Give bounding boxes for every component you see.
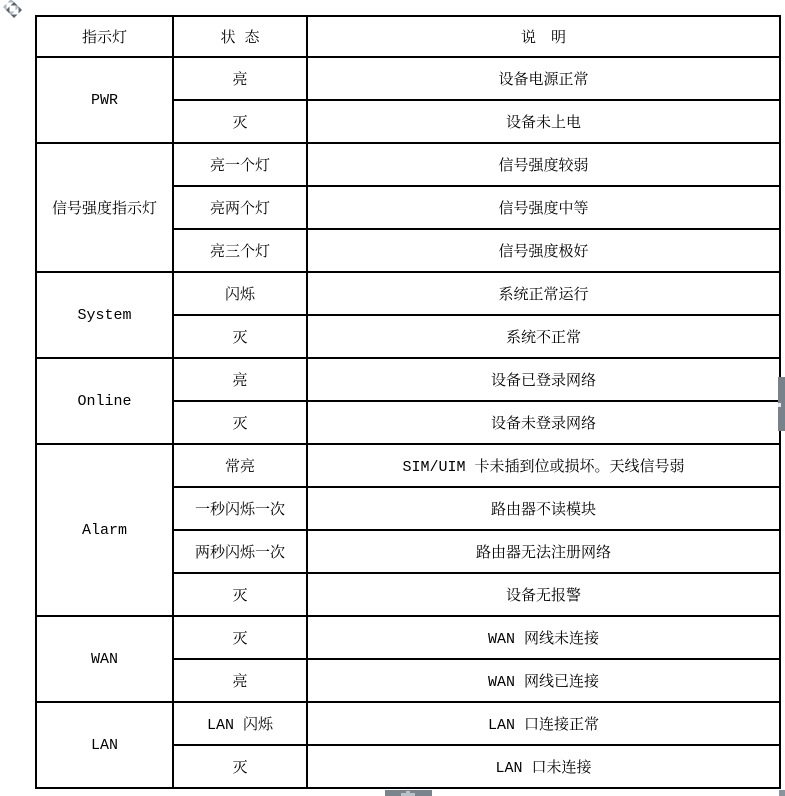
desc-cell[interactable]: 设备已登录网络 <box>307 358 780 401</box>
indicator-status-table: 指示灯 状 态 说 明 PWR 亮 设备电源正常 灭 设备未上电 信号强度指示灯… <box>35 15 781 789</box>
table-row: System 闪烁 系统正常运行 <box>36 272 780 315</box>
indicator-cell-lan[interactable]: LAN <box>36 702 173 788</box>
state-cell[interactable]: 灭 <box>173 616 307 659</box>
desc-cell[interactable]: 系统正常运行 <box>307 272 780 315</box>
state-cell[interactable]: 亮 <box>173 358 307 401</box>
desc-cell[interactable]: WAN 网线已连接 <box>307 659 780 702</box>
indicator-cell-alarm[interactable]: Alarm <box>36 444 173 616</box>
state-cell[interactable]: 亮 <box>173 57 307 100</box>
desc-cell[interactable]: 路由器无法注册网络 <box>307 530 780 573</box>
state-cell[interactable]: LAN 闪烁 <box>173 702 307 745</box>
table-row: LAN LAN 闪烁 LAN 口连接正常 <box>36 702 780 745</box>
header-state[interactable]: 状 态 <box>173 16 307 57</box>
scrollbar-grip-icon <box>778 403 781 407</box>
state-cell[interactable]: 灭 <box>173 315 307 358</box>
desc-cell[interactable]: 设备未登录网络 <box>307 401 780 444</box>
table-row: Online 亮 设备已登录网络 <box>36 358 780 401</box>
desc-cell[interactable]: 设备无报警 <box>307 573 780 616</box>
state-cell[interactable]: 灭 <box>173 401 307 444</box>
header-indicator[interactable]: 指示灯 <box>36 16 173 57</box>
state-cell[interactable]: 闪烁 <box>173 272 307 315</box>
header-desc[interactable]: 说 明 <box>307 16 780 57</box>
bottom-scroll-button[interactable] <box>385 790 432 796</box>
indicator-cell-pwr[interactable]: PWR <box>36 57 173 143</box>
table-row: WAN 灭 WAN 网线未连接 <box>36 616 780 659</box>
state-cell[interactable]: 常亮 <box>173 444 307 487</box>
document-page: { "colors": { "table_border": "#000000",… <box>0 0 785 796</box>
vertical-scrollbar-thumb[interactable] <box>778 377 785 431</box>
desc-cell[interactable]: 信号强度较弱 <box>307 143 780 186</box>
indicator-cell-signal[interactable]: 信号强度指示灯 <box>36 143 173 272</box>
state-cell[interactable]: 灭 <box>173 745 307 788</box>
state-cell[interactable]: 灭 <box>173 100 307 143</box>
state-cell[interactable]: 亮一个灯 <box>173 143 307 186</box>
state-cell[interactable]: 亮三个灯 <box>173 229 307 272</box>
scrollbar-corner-fragment[interactable] <box>779 790 785 796</box>
table-move-handle-icon[interactable] <box>2 0 24 21</box>
indicator-cell-wan[interactable]: WAN <box>36 616 173 702</box>
state-cell[interactable]: 两秒闪烁一次 <box>173 530 307 573</box>
desc-cell[interactable]: WAN 网线未连接 <box>307 616 780 659</box>
desc-cell[interactable]: LAN 口未连接 <box>307 745 780 788</box>
desc-cell[interactable]: 路由器不读模块 <box>307 487 780 530</box>
header-row: 指示灯 状 态 说 明 <box>36 16 780 57</box>
desc-cell[interactable]: 设备电源正常 <box>307 57 780 100</box>
desc-cell[interactable]: 设备未上电 <box>307 100 780 143</box>
desc-cell[interactable]: 信号强度中等 <box>307 186 780 229</box>
state-cell[interactable]: 一秒闪烁一次 <box>173 487 307 530</box>
table-row: PWR 亮 设备电源正常 <box>36 57 780 100</box>
state-cell[interactable]: 亮 <box>173 659 307 702</box>
desc-cell[interactable]: LAN 口连接正常 <box>307 702 780 745</box>
table-row: 信号强度指示灯 亮一个灯 信号强度较弱 <box>36 143 780 186</box>
indicator-cell-online[interactable]: Online <box>36 358 173 444</box>
desc-cell[interactable]: 系统不正常 <box>307 315 780 358</box>
table-row: Alarm 常亮 SIM/UIM 卡未插到位或损坏。天线信号弱 <box>36 444 780 487</box>
desc-cell[interactable]: SIM/UIM 卡未插到位或损坏。天线信号弱 <box>307 444 780 487</box>
state-cell[interactable]: 亮两个灯 <box>173 186 307 229</box>
state-cell[interactable]: 灭 <box>173 573 307 616</box>
indicator-cell-system[interactable]: System <box>36 272 173 358</box>
desc-cell[interactable]: 信号强度极好 <box>307 229 780 272</box>
